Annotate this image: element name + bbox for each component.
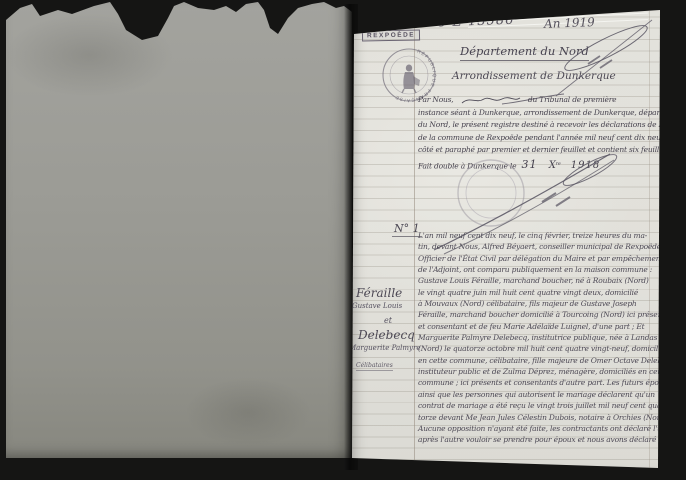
act-line: contrat de mariage a été reçu le vingt t… <box>418 400 658 411</box>
act-line: commune ; ici présents et consentants d'… <box>418 377 658 388</box>
archive-reference: 3 E 13586 <box>438 13 515 31</box>
judge-signature-flourish <box>460 94 522 106</box>
act-line: (Nord) le quatorze octobre mil huit cent… <box>418 343 658 354</box>
preamble-par-nous: Par Nous, <box>418 95 454 104</box>
conjunction-et: et <box>384 316 392 325</box>
act-line: Marguerite Palmyre Delebecq, institutric… <box>418 332 658 343</box>
preamble-line: instance séant à Dunkerque, arrondisseme… <box>418 107 656 120</box>
act-line: et consentant et de feu Marie Adélaïde L… <box>418 321 658 332</box>
act-line: L'an mil neuf cent dix neuf, le cinq fév… <box>418 230 658 241</box>
status-note: Célibataires <box>356 362 393 371</box>
act-line: en cette commune, célibataire, fille maj… <box>418 355 658 366</box>
act-line: Officier de l'État Civil par délégation … <box>418 253 658 264</box>
act-line: Aucune opposition n'ayant été faite, les… <box>418 423 658 434</box>
groom-firstnames: Gustave Louis <box>352 302 402 310</box>
pencil-mark: 11 <box>381 11 392 21</box>
blank-left-page <box>6 0 352 458</box>
act-line: Gustave Louis Féraille, marchand boucher… <box>418 275 658 286</box>
groom-surname: Féraille <box>356 286 402 300</box>
act-line: ainsi que les personnes qui autorisent l… <box>418 389 658 400</box>
corner-paraph-flourish <box>544 12 660 104</box>
act-line: le vingt quatre juin mil huit cent quatr… <box>418 287 658 298</box>
act-line: à Mouvaux (Nord) célibataire, fils majeu… <box>418 298 658 309</box>
bride-firstnames: Marguerite Palmyre <box>349 344 420 352</box>
register-right-page: 11 3 E 13586 An 1919 REXPOÈDE RÉPUBLIQUE… <box>348 6 664 470</box>
marriage-act-text: L'an mil neuf cent dix neuf, le cinq fév… <box>418 230 658 446</box>
preamble-line: du Nord, le présent registre destiné à r… <box>418 119 656 132</box>
margin-annotations: N° 1 Féraille Gustave Louis et Delebecq … <box>348 6 414 470</box>
act-line: instituteur public et de Zulma Déprez, m… <box>418 366 658 377</box>
act-line: Féraille, marchand boucher domicilié à T… <box>418 309 658 320</box>
act-line: torze devant Me Jean Jules Célestin Dubo… <box>418 412 658 423</box>
act-line: de l'Adjoint, ont comparu publiquement e… <box>418 264 658 275</box>
act-line: après l'autre vouloir se prendre pour ép… <box>418 434 658 445</box>
register-scan: 11 3 E 13586 An 1919 REXPOÈDE RÉPUBLIQUE… <box>0 0 686 480</box>
act-line: tin, devant Nous, Alfred Béyaert, consei… <box>418 241 658 252</box>
bride-surname: Delebecq <box>358 328 415 342</box>
